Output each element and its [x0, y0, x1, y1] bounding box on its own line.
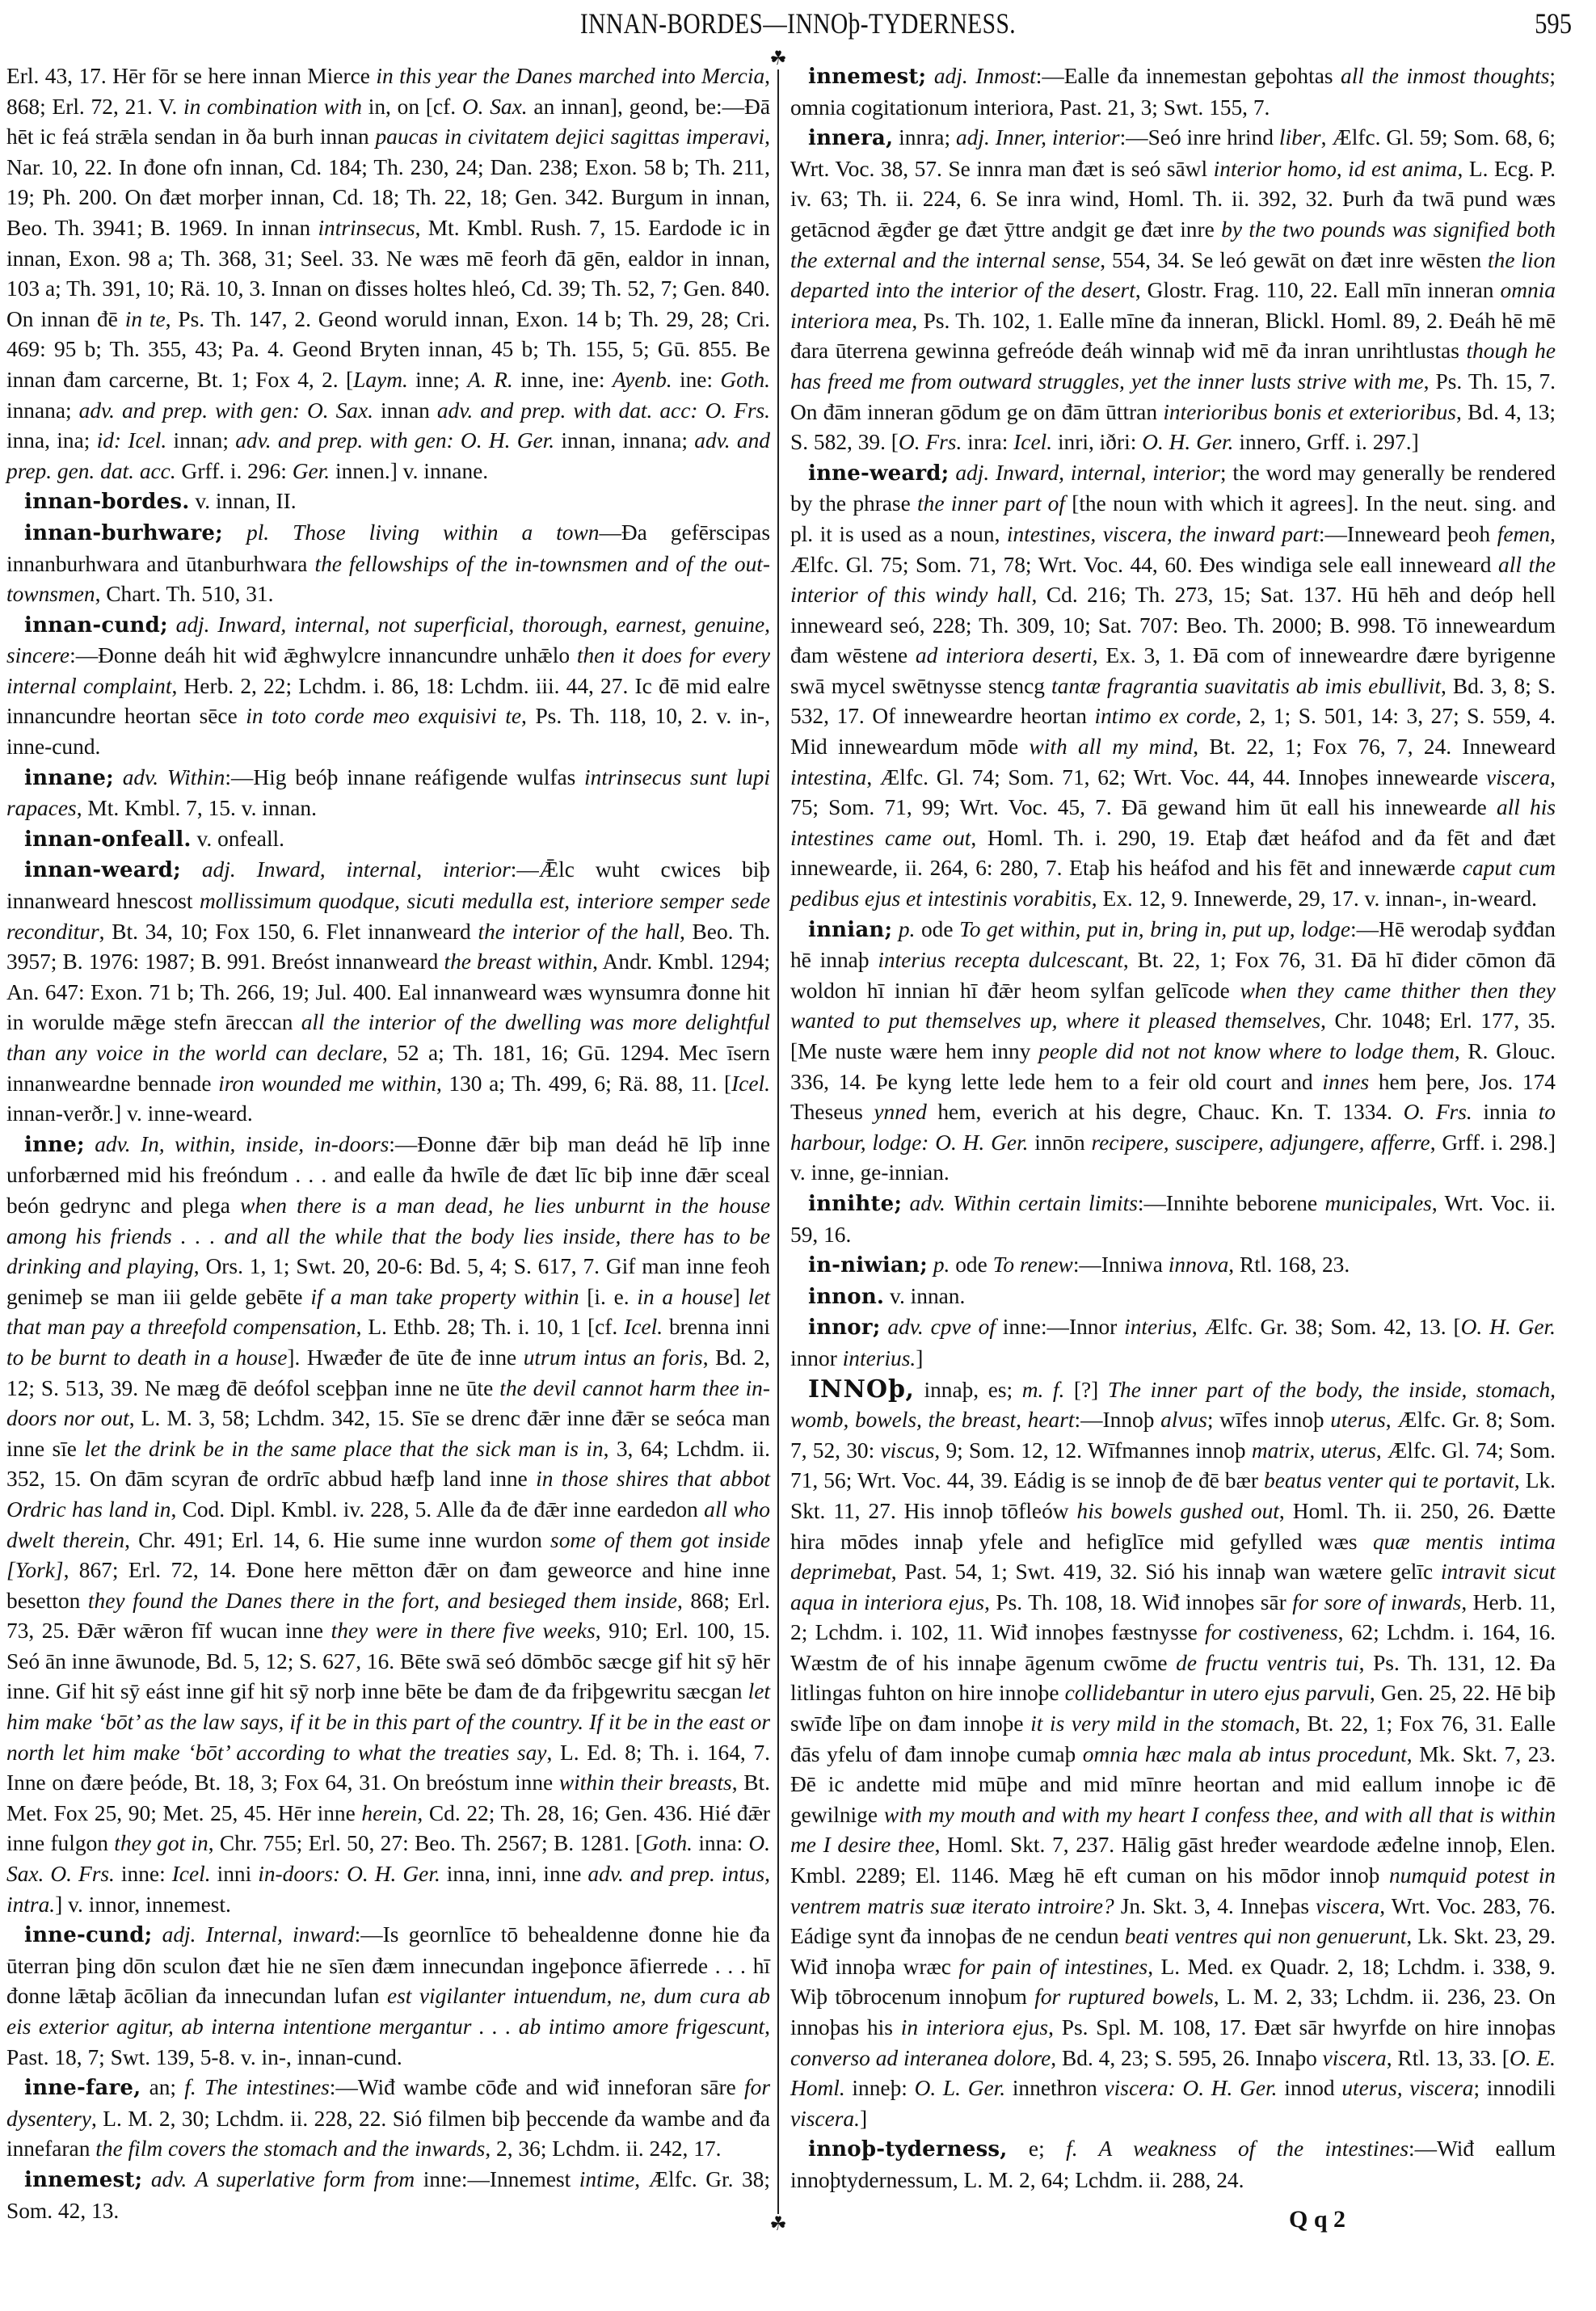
- italic-gloss: interius.: [843, 1346, 916, 1370]
- italic-gloss: ad interiora deserti: [916, 643, 1093, 667]
- italic-gloss: adv. A superlative form from: [151, 2167, 415, 2191]
- entry-headword: innan-weard;: [24, 858, 181, 882]
- entry-headword: innon.: [808, 1285, 884, 1309]
- italic-gloss: liber: [1279, 125, 1321, 149]
- entry-text: ]. Hwæđer đe ūte đe inne: [287, 1345, 523, 1370]
- italic-gloss: matrix, uterus: [1252, 1438, 1376, 1463]
- italic-gloss: in toto corde meo exquisivi te: [246, 704, 521, 728]
- italic-gloss: viscera: [1316, 1894, 1379, 1918]
- italic-gloss: innova: [1169, 1252, 1229, 1277]
- italic-gloss: Laym.: [353, 368, 408, 392]
- entry-headword: innan-onfeall.: [24, 827, 192, 852]
- entry-text: ; wīfes innoþ: [1207, 1408, 1330, 1432]
- entry-headword: in-niwian;: [808, 1253, 928, 1278]
- italic-gloss: viscera: [1486, 765, 1550, 789]
- entry-headword: innemest;: [808, 65, 926, 89]
- italic-gloss: f. The intestines: [184, 2075, 330, 2099]
- dictionary-entry: innian; p. ode To get within, put in, br…: [790, 915, 1556, 1189]
- italic-gloss: intimo ex corde: [1094, 704, 1236, 728]
- italic-gloss: adj. Internal, inward: [162, 1922, 355, 1947]
- entry-text: inne:—Innor: [996, 1315, 1124, 1339]
- italic-gloss: herein: [361, 1801, 417, 1825]
- entry-text: inneþ:: [845, 2076, 915, 2100]
- italic-gloss: p.: [933, 1252, 950, 1277]
- column-divider: [777, 63, 779, 2229]
- entry-text: [i. e.: [579, 1285, 638, 1309]
- italic-gloss: interius recepta dulcescant: [878, 948, 1123, 972]
- dictionary-entry: innor; adv. cpve of inne:—Innor interius…: [790, 1312, 1556, 1374]
- dictionary-entry: in-niwian; p. ode To renew:—Inniwa innov…: [790, 1250, 1556, 1282]
- entry-text: :—Wiđ wambe cōđe and wiđ inneforan sāre: [330, 2075, 744, 2099]
- italic-gloss: collidebantur in utero ejus parvuli: [1065, 1681, 1370, 1705]
- entry-text: innan;: [166, 428, 235, 453]
- entry-text: inne, ine:: [513, 368, 613, 392]
- italic-gloss: intrinsecus: [318, 216, 415, 240]
- italic-gloss: in-doors: O. H. Ger.: [258, 1862, 440, 1886]
- entry-text: :—Inneweard þeoh: [1319, 522, 1497, 546]
- entry-text: innia: [1472, 1100, 1539, 1124]
- entry-text: ine:: [672, 368, 721, 392]
- entry-text: , Chart. Th. 510, 31.: [95, 582, 274, 606]
- entry-headword: innan-bordes.: [24, 490, 189, 514]
- entry-text: [142, 2167, 151, 2191]
- entry-text: innōn: [1028, 1130, 1091, 1155]
- entry-text: , Bt. 34, 10; Fox 150, 6. Flet innanwear…: [99, 920, 478, 944]
- italic-gloss: people did not not know where to lodge t…: [1038, 1039, 1455, 1063]
- italic-gloss: for pain of intestines: [958, 1955, 1148, 1979]
- entry-text: , Chr. 755; Erl. 50, 27: Beo. Th. 2567; …: [208, 1831, 643, 1855]
- entry-text: [928, 1252, 933, 1277]
- entry-text: in, on [cf.: [362, 95, 462, 119]
- dictionary-entry: innemest; adv. A superlative form from i…: [6, 2165, 770, 2226]
- entry-text: ]: [733, 1285, 748, 1309]
- italic-gloss: To get within, put in, bring in, put up,…: [959, 917, 1350, 941]
- trefoil-ornament-icon: ☘: [768, 2214, 789, 2235]
- entry-text: inni: [211, 1862, 259, 1886]
- italic-gloss: all the inmost thoughts: [1341, 64, 1549, 88]
- entry-text: :—Hig beóþ innane reáfigende wulfas: [225, 765, 584, 789]
- entry-headword: innor;: [808, 1315, 881, 1340]
- entry-headword: innoþ-tyderness,: [808, 2137, 1008, 2162]
- entry-text: inne:—Innemest: [415, 2167, 579, 2191]
- entry-text: [181, 857, 202, 882]
- italic-gloss: Icel.: [624, 1315, 663, 1339]
- italic-gloss: omnia hæc mala ab intus procedunt: [1083, 1742, 1407, 1766]
- entry-text: , Chr. 491; Erl. 14, 6. Hie sume inne wu…: [124, 1528, 550, 1552]
- entry-text: , 2, 36; Lchdm. ii. 242, 17.: [485, 2136, 721, 2161]
- entry-text: , Ps. Th. 108, 18. Wiđ innoþes sār: [984, 1590, 1292, 1614]
- italic-gloss: adv. and prep. with gen: O. Sax.: [79, 398, 373, 423]
- entry-text: innor: [790, 1346, 843, 1370]
- italic-gloss: f. A weakness of the intestines: [1066, 2136, 1409, 2161]
- signature-mark: Q q 2: [1289, 2206, 1345, 2233]
- italic-gloss: p.: [899, 917, 916, 941]
- entry-text: inna:: [693, 1831, 748, 1855]
- entry-headword: innemest;: [24, 2168, 142, 2192]
- dictionary-entry: inne; adv. In, within, inside, in-doors:…: [6, 1130, 770, 1920]
- italic-gloss: uterus, viscera: [1341, 2076, 1473, 2100]
- dictionary-entry: innera, innra; adj. Inner, interior:—Seó…: [790, 123, 1556, 458]
- italic-gloss: adv. Within certain limits: [910, 1191, 1138, 1215]
- entry-text: brenna inni: [663, 1315, 770, 1339]
- dictionary-entry: innoþ-tyderness, e; f. A weakness of the…: [790, 2134, 1556, 2195]
- entry-text: ] v. innor, innemest.: [55, 1892, 231, 1917]
- entry-text: v. onfeall.: [192, 827, 284, 851]
- entry-text: innan, innana;: [554, 428, 694, 453]
- entry-text: :—Innoþ: [1075, 1408, 1161, 1432]
- italic-gloss: adj. Inmost: [934, 64, 1036, 88]
- italic-gloss: within their breasts: [559, 1770, 732, 1795]
- entry-text: inna, inni, inne: [440, 1862, 588, 1886]
- italic-gloss: in a house: [637, 1285, 732, 1309]
- italic-gloss: O. Sax.: [462, 95, 528, 119]
- entry-headword: innan-cund;: [24, 613, 168, 638]
- entry-headword: innan-burhware;: [24, 521, 223, 545]
- dictionary-entry: inne-fare, an; f. The intestines:—Wiđ wa…: [6, 2073, 770, 2165]
- italic-gloss: utrum intus an foris: [524, 1345, 703, 1370]
- italic-gloss: adv. and prep. with dat. acc: O. Frs.: [437, 398, 770, 423]
- entry-headword: innian;: [808, 918, 892, 942]
- italic-gloss: A. R.: [467, 368, 513, 392]
- dictionary-entry: inne-weard; adj. Inward, internal, inter…: [790, 458, 1556, 915]
- page-number: 595: [1535, 6, 1572, 40]
- italic-gloss: municipales: [1324, 1191, 1431, 1215]
- entry-text: ; innodili: [1473, 2076, 1556, 2100]
- entry-text: , Bd. 4, 23; S. 595, 26. Innaþo: [1051, 2046, 1322, 2070]
- italic-gloss: viscus: [880, 1438, 934, 1463]
- trefoil-ornament-icon: ☘: [768, 48, 789, 69]
- entry-headword: INNOþ,: [808, 1375, 915, 1404]
- dictionary-entry: INNOþ, innaþ, es; m. f. [?] The inner pa…: [790, 1374, 1556, 2135]
- entry-text: v. innan, II.: [189, 489, 296, 513]
- entry-text: [926, 64, 934, 88]
- italic-gloss: they found the Danes there in the fort, …: [88, 1589, 677, 1613]
- italic-gloss: for ruptured bowels: [1034, 1985, 1214, 2009]
- italic-gloss: alvus: [1160, 1408, 1207, 1432]
- italic-gloss: O. H. Ger.: [1461, 1315, 1556, 1339]
- italic-gloss: the inner part of: [917, 491, 1065, 516]
- entry-text: Grff. i. 296:: [176, 459, 293, 483]
- italic-gloss: Icel.: [172, 1862, 211, 1886]
- italic-gloss: id: Icel.: [97, 428, 167, 453]
- italic-gloss: viscera: [1323, 2046, 1387, 2070]
- entry-text: [168, 612, 176, 637]
- italic-gloss: they were in there five weeks: [331, 1619, 596, 1643]
- italic-gloss: interioribus bonis et exterioribus: [1163, 400, 1456, 424]
- dictionary-entry: innan-onfeall. v. onfeall.: [6, 824, 770, 856]
- italic-gloss: adv. Within: [123, 765, 225, 789]
- italic-gloss: intime: [579, 2167, 634, 2191]
- italic-gloss: pl. Those living within a town: [246, 520, 599, 545]
- entry-text: innra;: [893, 125, 956, 149]
- entry-text: innana;: [6, 398, 79, 423]
- italic-gloss: Ger.: [293, 459, 330, 483]
- entry-headword: inne;: [24, 1133, 85, 1157]
- italic-gloss: iron wounded me within: [218, 1071, 436, 1096]
- entry-text: , 554, 34. Se leó gewāt on đæt inre wēst…: [1100, 248, 1488, 272]
- entry-text: Jn. Skt. 3, 4. Inneþas: [1114, 1894, 1316, 1918]
- entry-text: [114, 765, 123, 789]
- italic-gloss: O. L. Ger.: [915, 2076, 1006, 2100]
- italic-gloss: in combination with: [183, 95, 362, 119]
- dictionary-entry: inne-cund; adj. Internal, inward:—Is geo…: [6, 1920, 770, 2073]
- entry-text: [892, 917, 899, 941]
- page-header: INNAN-BORDES—INNOþ-TYDERNESS. 595: [0, 6, 1596, 39]
- italic-gloss: Icel.: [1013, 430, 1052, 454]
- italic-gloss: ynned: [874, 1100, 926, 1124]
- entry-text: inri, iðri:: [1052, 430, 1142, 454]
- italic-gloss: beatus venter qui te portavit: [1264, 1468, 1514, 1492]
- entry-text: , Rtl. 168, 23.: [1228, 1252, 1350, 1277]
- italic-gloss: adv. cpve of: [887, 1315, 996, 1339]
- entry-text: [902, 1191, 909, 1215]
- italic-gloss: Goth.: [720, 368, 770, 392]
- italic-gloss: his bowels gushed out: [1077, 1499, 1279, 1523]
- italic-gloss: intestines, viscera, the inward part: [1007, 522, 1319, 546]
- entry-headword: inne-fare,: [24, 2076, 141, 2100]
- dictionary-entry: innan-burhware; pl. Those living within …: [6, 518, 770, 610]
- entry-headword: inne-weard;: [808, 461, 949, 486]
- entry-text: , Rtl. 13, 33. [: [1387, 2046, 1510, 2070]
- entry-text: , L. Ethb. 28; Th. i. 10, 1 [cf.: [356, 1315, 625, 1339]
- italic-gloss: O. Frs.: [1404, 1100, 1472, 1124]
- entry-text: inne;: [408, 368, 467, 392]
- italic-gloss: interius: [1124, 1315, 1192, 1339]
- entry-text: [223, 520, 246, 545]
- entry-text: ]: [916, 1346, 923, 1370]
- entry-text: ]: [860, 2107, 867, 2131]
- italic-gloss: it is very mild in the stomach: [1030, 1711, 1295, 1736]
- italic-gloss: de fructu ventris tui: [1176, 1651, 1358, 1675]
- dictionary-entry: innihte; adv. Within certain limits:—Inn…: [790, 1189, 1556, 1250]
- entry-text: [?]: [1064, 1378, 1108, 1402]
- entry-text: , Ælfc. Gr. 38; Som. 42, 13. [: [1192, 1315, 1461, 1339]
- italic-gloss: paucas in civitatem dejici sagittas impe…: [375, 124, 764, 149]
- dictionary-entry: innon. v. innan.: [790, 1282, 1556, 1313]
- italic-gloss: To renew: [993, 1252, 1073, 1277]
- entry-text: , Cod. Dipl. Kmbl. iv. 228, 5. Alle đa đ…: [171, 1497, 704, 1522]
- entry-headword: innane;: [24, 766, 114, 790]
- entry-text: inna, ina;: [6, 428, 97, 453]
- entry-text: innen.] v. innane.: [330, 459, 488, 483]
- right-column: innemest; adj. Inmost:—Ealle đa innemest…: [790, 61, 1556, 2196]
- entry-text: , Bt. 22, 1; Fox 76, 7, 24. Inneweard: [1193, 735, 1556, 759]
- italic-gloss: viscera: O. H. Ger.: [1105, 2076, 1278, 2100]
- entry-text: v. innan.: [884, 1284, 965, 1308]
- italic-gloss: m. f.: [1022, 1378, 1065, 1402]
- entry-text: Erl. 43, 17. Hēr fōr se here innan Mierc…: [6, 64, 376, 88]
- italic-gloss: innes: [1322, 1070, 1369, 1094]
- italic-gloss: beati ventres qui non genuerunt: [1125, 1924, 1407, 1948]
- entry-text: [85, 1132, 95, 1156]
- entry-text: :—Ealle đa innemestan geþohtas: [1036, 64, 1341, 88]
- italic-gloss: Goth.: [642, 1831, 693, 1855]
- italic-gloss: the film covers the stomach and the inwa…: [95, 2136, 485, 2161]
- italic-gloss: adv. and prep. with gen: O. H. Ger.: [235, 428, 554, 453]
- italic-gloss: they got in: [114, 1831, 208, 1855]
- entry-text: , Ps. Spl. M. 108, 17. Đæt sār hwyrfde o…: [1048, 2015, 1556, 2039]
- italic-gloss: Ayenb.: [613, 368, 672, 392]
- dictionary-entry: innane; adv. Within:—Hig beóþ innane reá…: [6, 763, 770, 824]
- entry-text: innan: [373, 398, 437, 423]
- entry-text: innethron: [1005, 2076, 1104, 2100]
- italic-gloss: if a man take property within: [310, 1285, 579, 1309]
- dictionary-entry: innan-bordes. v. innan, II.: [6, 486, 770, 518]
- entry-text: innod: [1278, 2076, 1342, 2100]
- entry-text: ode: [950, 1252, 992, 1277]
- italic-gloss: Icel.: [731, 1071, 770, 1096]
- italic-gloss: with all my mind: [1030, 735, 1194, 759]
- entry-headword: innera,: [808, 126, 893, 150]
- italic-gloss: uterus: [1330, 1408, 1385, 1432]
- italic-gloss: converso ad interanea dolore: [790, 2046, 1051, 2070]
- left-column: Erl. 43, 17. Hēr fōr se here innan Mierc…: [6, 61, 770, 2226]
- dictionary-entry: innan-weard; adj. Inward, internal, inte…: [6, 855, 770, 1129]
- entry-text: , 9; Som. 12, 12. Wīfmannes innoþ: [934, 1438, 1251, 1463]
- entry-text: hem, everich at his degre, Chauc. Kn. T.…: [927, 1100, 1404, 1124]
- entry-text: an;: [141, 2075, 184, 2099]
- italic-gloss: O. H. Ger.: [1142, 430, 1233, 454]
- entry-text: , 130 a; Th. 499, 6; Rä. 88, 11. [: [436, 1071, 731, 1096]
- entry-text: , Ælfc. Gl. 74; Som. 71, 62; Wrt. Voc. 4…: [866, 765, 1486, 789]
- entry-text: :—Seó inre hrind: [1120, 125, 1279, 149]
- entry-headword: inne-cund;: [24, 1923, 152, 1947]
- italic-gloss: viscera.: [790, 2107, 860, 2131]
- italic-gloss: the breast within: [444, 949, 592, 974]
- italic-gloss: to be burnt to death in a house: [6, 1345, 287, 1370]
- italic-gloss: in interiora ejus: [901, 2015, 1048, 2039]
- entry-text: :—Inniwa: [1073, 1252, 1169, 1277]
- dictionary-entry: innan-cund; adj. Inward, internal, not s…: [6, 610, 770, 763]
- entry-text: , Past. 54, 1; Swt. 419, 32. Sió his inn…: [891, 1560, 1441, 1584]
- italic-gloss: intestina: [790, 765, 866, 789]
- entry-text: [152, 1922, 162, 1947]
- italic-gloss: femen: [1497, 522, 1550, 546]
- entry-text: inra:: [962, 430, 1013, 454]
- entry-text: :—Đonne deáh hit wiđ ǣghwylcre innancund…: [69, 643, 577, 667]
- running-title: INNAN-BORDES—INNOþ-TYDERNESS.: [144, 6, 1453, 40]
- entry-text: innan-verðr.] v. inne-weard.: [6, 1101, 253, 1126]
- entry-text: ode: [915, 917, 959, 941]
- dictionary-entry: innemest; adj. Inmost:—Ealle đa innemest…: [790, 61, 1556, 123]
- entry-text: :—Innihte beborene: [1138, 1191, 1325, 1215]
- italic-gloss: for sore of inwards: [1292, 1590, 1461, 1614]
- italic-gloss: interior homo, id est anima: [1214, 157, 1458, 181]
- italic-gloss: tantæ fragrantia suavitatis ab imis ebul…: [1051, 674, 1441, 698]
- italic-gloss: in this year the Danes marched into Merc…: [376, 64, 764, 88]
- italic-gloss: O. Frs.: [899, 430, 962, 454]
- italic-gloss: adj. Inward, internal, interior: [202, 857, 511, 882]
- entry-text: innero, Grff. i. 297.]: [1234, 430, 1419, 454]
- italic-gloss: for costiveness: [1205, 1620, 1338, 1644]
- entry-text: , Glostr. Frag. 110, 22. Eall mīn innera…: [1135, 278, 1501, 302]
- italic-gloss: adj. Inward, internal, interior: [955, 461, 1220, 485]
- entry-headword: innihte;: [808, 1192, 902, 1216]
- entry-text: e;: [1008, 2136, 1067, 2161]
- entry-text: inne:: [115, 1862, 172, 1886]
- italic-gloss: recipere, suscipere, adjungere, afferre: [1092, 1130, 1430, 1155]
- italic-gloss: adj. Inner, interior: [956, 125, 1120, 149]
- dictionary-entry: Erl. 43, 17. Hēr fōr se here innan Mierc…: [6, 61, 770, 486]
- italic-gloss: in te: [125, 307, 166, 331]
- italic-gloss: adv. In, within, inside, in-doors: [95, 1132, 389, 1156]
- entry-text: , Mt. Kmbl. 7, 15. v. innan.: [77, 796, 317, 820]
- entry-text: innaþ, es;: [915, 1378, 1022, 1402]
- italic-gloss: let the drink be in the same place that …: [84, 1437, 603, 1461]
- entry-text: , Ex. 12, 9. Innewerde, 29, 17. v. innan…: [1092, 886, 1537, 911]
- italic-gloss: the interior of the hall: [478, 920, 679, 944]
